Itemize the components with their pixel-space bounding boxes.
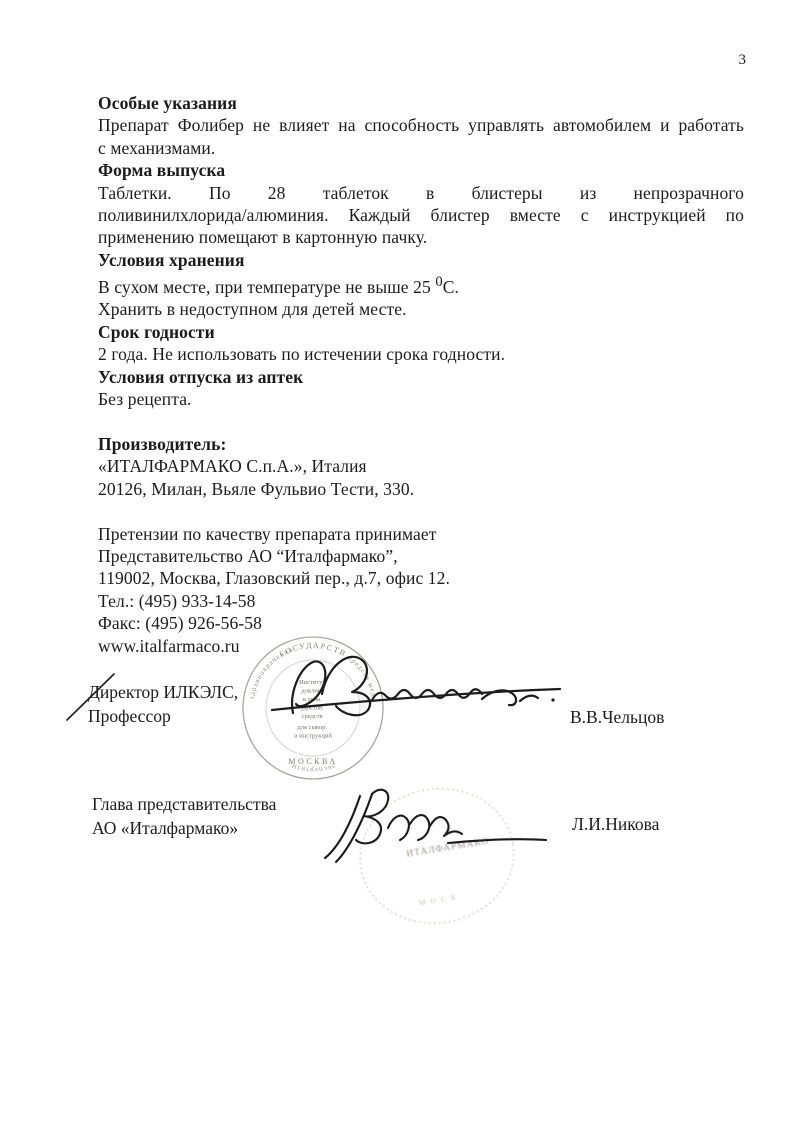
claims-line: Представительство АО “Италфармако”, [98, 545, 744, 567]
fax-line: Факс: (495) 926-56-58 [98, 612, 744, 634]
faint-stamp-bottom-text: МОСК [418, 892, 461, 907]
representative-name: Л.И.Никова [572, 814, 659, 835]
claims-line: Претензии по качеству препарата принимае… [98, 523, 744, 545]
stamp-ring-text-bottom: экспертизы [290, 762, 337, 774]
section-heading-dispensing: Условия отпуска из аптек [98, 366, 744, 388]
director-title-line: Профессор [88, 705, 238, 729]
paragraph-line: Без рецепта. [98, 388, 744, 410]
director-title-line: Директор ИЛКЭЛС, [88, 681, 238, 705]
section-heading-shelf-life: Срок годности [98, 321, 744, 343]
paragraph-line: с механизмами. [98, 137, 744, 159]
svg-text:средств мед: средств мед [347, 654, 378, 698]
paragraph-line: поливинилхлорида/алюминия. Каждый блисте… [98, 204, 744, 226]
director-title-block: Директор ИЛКЭЛС, Профессор [88, 681, 238, 728]
degree-superscript: 0 [435, 274, 442, 290]
manufacturer-address-line: 20126, Милан, Вьяле Фульвио Тести, 330. [98, 478, 744, 500]
section-heading-special-instructions: Особые указания [98, 92, 744, 114]
claims-address-line: 119002, Москва, Глазовский пер., д.7, оф… [98, 567, 744, 589]
blank-line [98, 411, 744, 433]
svg-text:экспертизы: экспертизы [290, 762, 337, 774]
storage-text: В сухом месте, при температуре не выше 2… [98, 277, 435, 297]
paragraph-line: Хранить в недоступном для детей месте. [98, 298, 744, 320]
official-round-stamp: ГОСУДАРСТВ здравоохранения средств мед э… [243, 637, 383, 779]
document-body: Особые указания Препарат Фолибер не влия… [98, 92, 744, 657]
representative-title-line: АО «Италфармако» [92, 817, 276, 841]
manufacturer-name-line: «ИТАЛФАРМАКО С.п.А.», Италия [98, 455, 744, 477]
paragraph-line: применению помещают в картонную пачку. [98, 226, 744, 248]
stamp-city-text: МОСКВА [288, 757, 337, 766]
representative-title-line: Глава представительства [92, 793, 276, 817]
stamp-center-text: Институт доклин. и хран. удостов. средст… [294, 679, 332, 740]
section-heading-storage: Условия хранения [98, 249, 744, 271]
paragraph-line: В сухом месте, при температуре не выше 2… [98, 271, 744, 298]
page-number: 3 [739, 52, 747, 69]
representative-signature [325, 790, 546, 862]
director-name: В.В.Чельцов [570, 707, 664, 728]
paragraph-line: Препарат Фолибер не влияет на способност… [98, 114, 744, 136]
blank-line [98, 500, 744, 522]
paragraph-line: Таблетки. По 28 таблеток в блистеры из н… [98, 182, 744, 204]
section-heading-manufacturer: Производитель: [98, 433, 744, 455]
representative-title-block: Глава представительства АО «Италфармако» [92, 793, 276, 840]
director-signature [272, 657, 560, 715]
stamp-ring-text-right: средств мед [347, 654, 378, 698]
faint-oval-stamp: ИТАЛФАРМАКО МОСК [350, 778, 523, 934]
paragraph-line: 2 года. Не использовать по истечении сро… [98, 343, 744, 365]
section-heading-release-form: Форма выпуска [98, 159, 744, 181]
document-page: 3 Особые указания Препарат Фолибер не вл… [0, 0, 800, 1128]
storage-text-units: С. [443, 277, 459, 297]
phone-line: Тел.: (495) 933-14-58 [98, 590, 744, 612]
website-line: www.italfarmaco.ru [98, 635, 744, 657]
faint-stamp-center-text: ИТАЛФАРМАКО [406, 837, 490, 860]
